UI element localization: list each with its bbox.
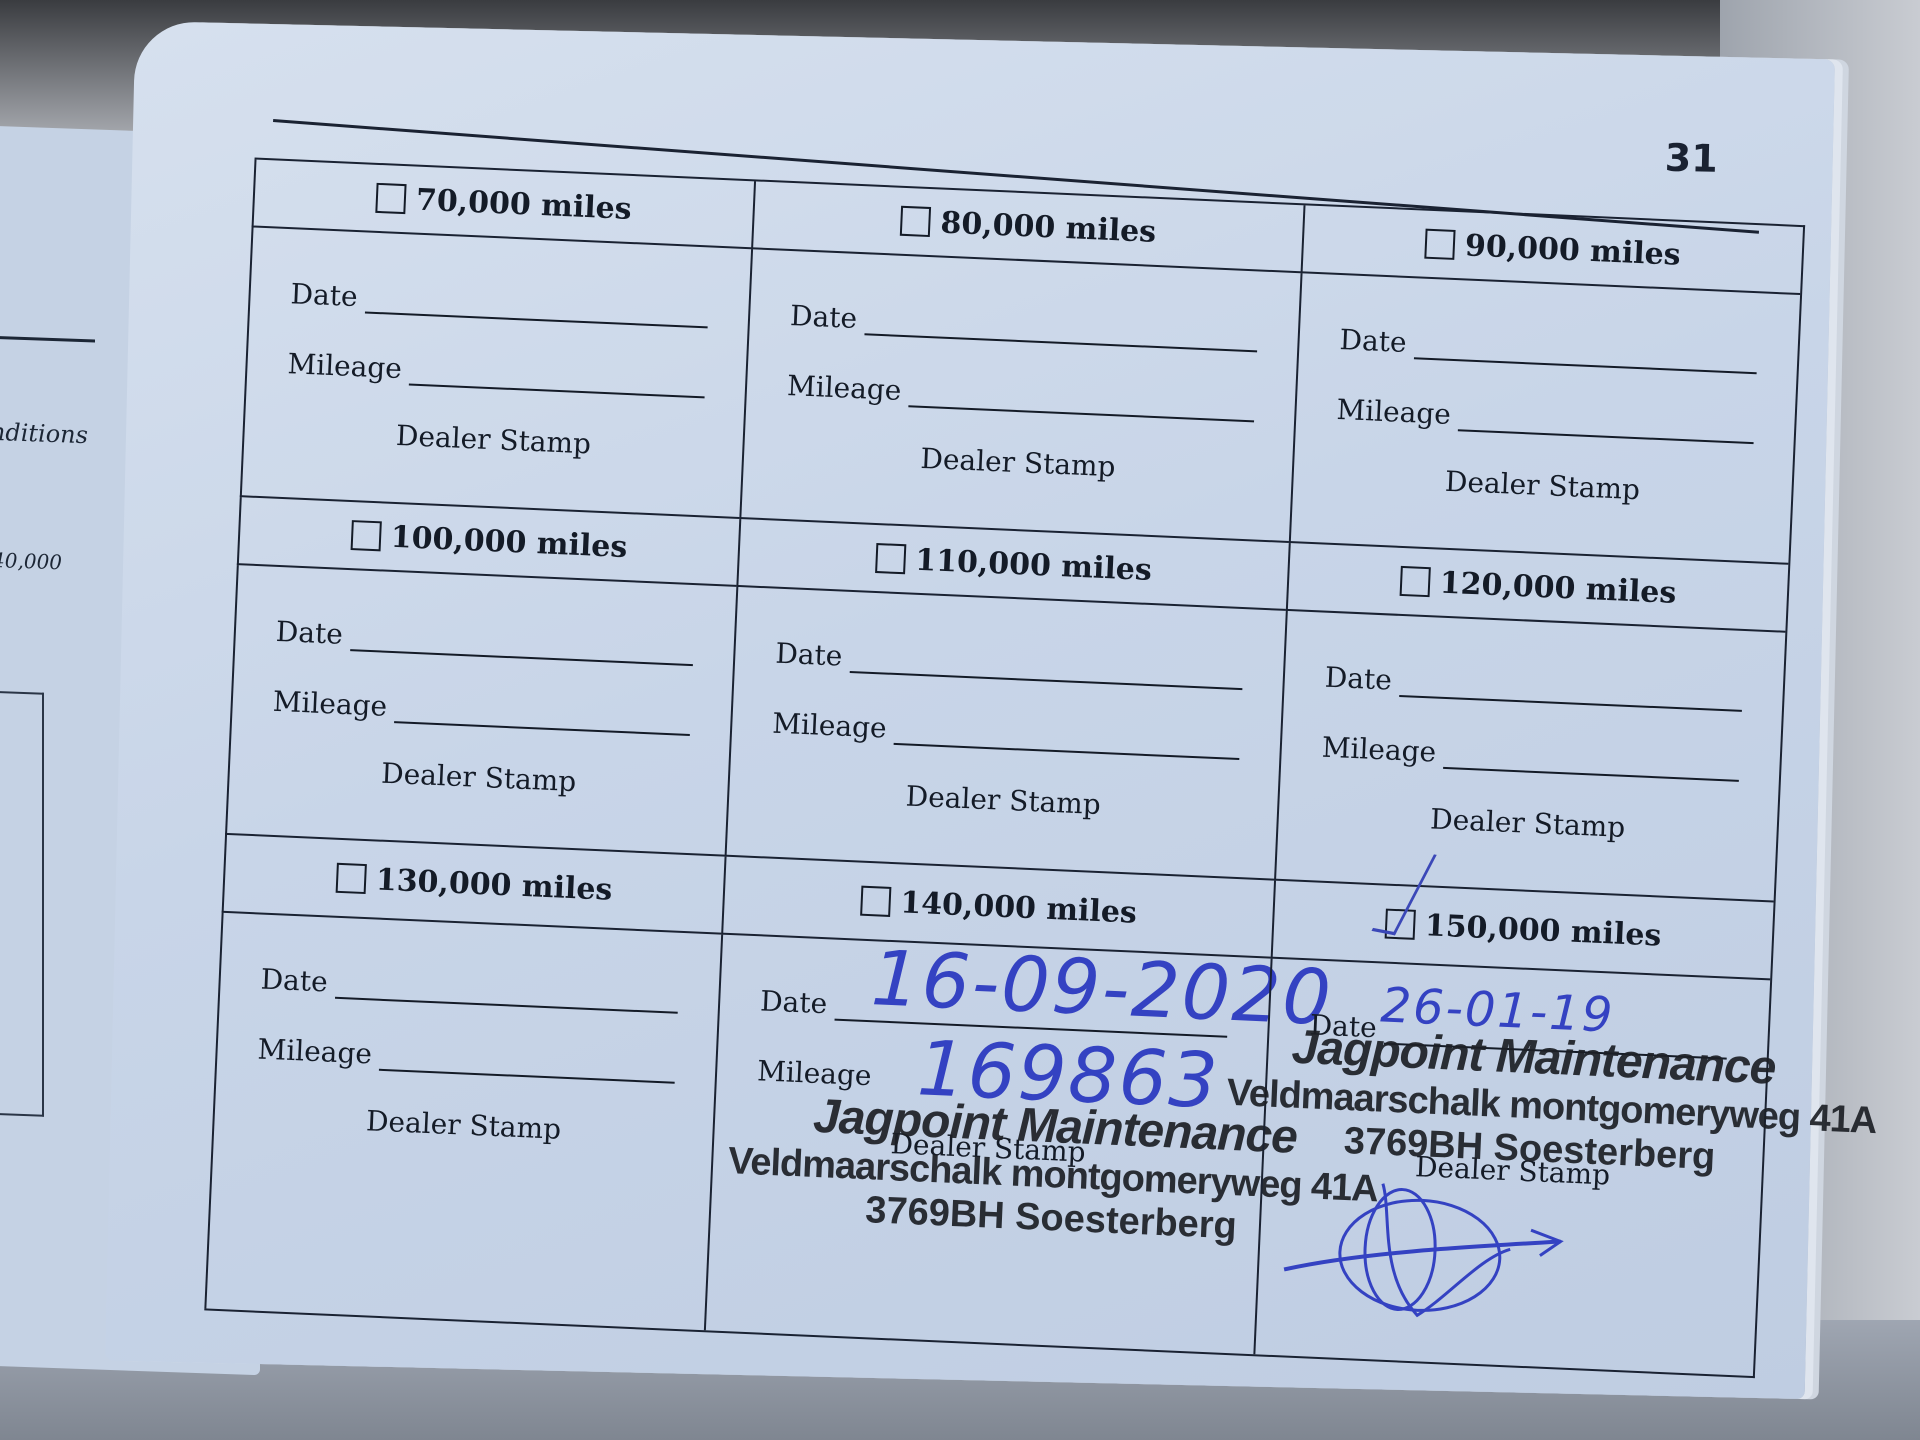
service-entry-120000: Date Mileage Dealer Stamp [1274,611,1785,903]
mileage-label: Mileage [772,707,888,745]
dealer-stamp-label: Dealer Stamp [244,412,743,467]
service-entry-110000: Date Mileage Dealer Stamp [725,587,1286,881]
service-entry-130000: Date Mileage Dealer Stamp [204,913,721,1330]
date-label: Date [290,277,358,313]
mileage-field[interactable] [394,717,690,736]
checkbox-120000[interactable] [1399,566,1430,597]
mileage-field[interactable] [894,739,1240,760]
checkbox-70000[interactable] [375,183,406,214]
interval-label: 90,000 miles [1464,228,1681,272]
dealer-stamp-label: Dealer Stamp [729,772,1278,829]
date-field[interactable] [365,307,708,328]
service-entry-150000: Date Dealer Stamp 26-01-19 Jagpoint Main… [1253,959,1770,1376]
left-page-text: nd 40,000 [0,547,62,575]
mileage-field[interactable] [1458,425,1754,444]
date-field[interactable] [864,329,1257,352]
mileage-field[interactable] [1443,763,1739,782]
date-label: Date [260,963,328,999]
mileage-label: Mileage [257,1033,373,1071]
service-entry-140000: Date Mileage Dealer Stamp 16-09-2020 169… [704,935,1271,1355]
interval-label: 130,000 miles [375,862,613,907]
interval-label: 110,000 miles [915,542,1153,587]
left-page-table [0,690,44,1117]
service-entry-70000: Date Mileage Dealer Stamp [240,227,751,519]
service-entry-80000: Date Mileage Dealer Stamp [739,249,1300,543]
service-record-page: 31 70,000 miles 80,000 miles 90,000 mile… [105,21,1835,1399]
mileage-label: Mileage [1336,393,1452,431]
interval-label: 140,000 miles [900,885,1138,930]
dealer-stamp-label: Dealer Stamp [1293,458,1792,513]
interval-label: 100,000 miles [390,519,628,564]
date-field[interactable] [1414,353,1757,374]
date-label: Date [1339,323,1407,359]
page-number: 31 [1664,136,1718,181]
mileage-label: Mileage [786,369,902,407]
checkbox-80000[interactable] [900,206,931,237]
mileage-field[interactable] [909,401,1255,422]
service-grid: 70,000 miles 80,000 miles 90,000 miles D… [204,158,1805,1379]
checkbox-140000[interactable] [860,886,891,917]
date-label: Date [760,984,828,1020]
signature-icon [1276,1149,1584,1342]
date-field[interactable] [850,667,1243,690]
date-field[interactable] [350,645,693,666]
date-field[interactable] [1399,691,1742,712]
dealer-stamp-label: Dealer Stamp [1278,796,1777,851]
service-entry-90000: Date Mileage Dealer Stamp [1289,273,1800,565]
checkbox-110000[interactable] [875,543,906,574]
interval-label: 120,000 miles [1439,565,1677,610]
mileage-field[interactable] [409,379,705,398]
date-label: Date [775,637,843,673]
interval-label: 150,000 miles [1424,908,1662,953]
left-page-rule [0,335,95,343]
dealer-stamp-label: Dealer Stamp [744,434,1293,491]
interval-label: 80,000 miles [940,205,1157,249]
service-entry-100000: Date Mileage Dealer Stamp [225,565,736,857]
checkbox-100000[interactable] [350,520,381,551]
date-field[interactable] [335,993,678,1014]
dealer-stamp-label: Dealer Stamp [214,1098,713,1153]
date-label: Date [1324,661,1392,697]
mileage-label: Mileage [1321,731,1437,769]
date-label: Date [275,615,343,651]
left-page-text: conditions [0,417,88,449]
checkbox-150000-checked[interactable] [1384,909,1415,940]
mileage-field[interactable] [379,1065,675,1084]
checkbox-130000[interactable] [335,863,366,894]
date-label: Date [790,299,858,335]
mileage-label: Mileage [272,685,388,723]
mileage-label: Mileage [287,347,403,385]
checkbox-90000[interactable] [1424,229,1455,260]
interval-label: 70,000 miles [415,182,632,226]
dealer-stamp-label: Dealer Stamp [229,750,728,805]
